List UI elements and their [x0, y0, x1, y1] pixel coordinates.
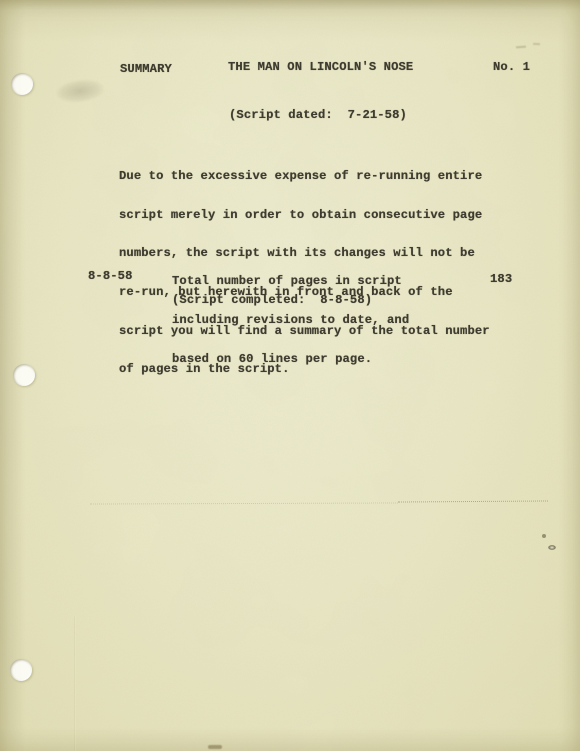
paragraph-line: script merely in order to obtain consecu… — [119, 209, 490, 222]
erased-pencil-mark — [516, 46, 526, 49]
ink-speck — [542, 534, 546, 538]
summary-label: SUMMARY — [120, 63, 172, 76]
document-number: No. 1 — [493, 61, 530, 74]
ink-speck-ring — [548, 545, 556, 550]
bottom-edge-mark — [208, 745, 222, 749]
vertical-fold-crease — [74, 616, 76, 751]
crease-line-faint — [90, 502, 398, 504]
scanned-document-page: SUMMARY THE MAN ON LINCOLN'S NOSE No. 1 … — [0, 0, 580, 751]
script-completed-line: (Script completed: 8-8-58) — [172, 294, 372, 307]
paragraph-line: Due to the excessive expense of re-runni… — [119, 170, 490, 183]
summary-entry-date: 8-8-58 — [88, 270, 132, 283]
crease-line-strong — [398, 500, 548, 502]
punch-hole-top — [11, 73, 33, 95]
punch-hole-middle — [13, 364, 35, 386]
document-title: THE MAN ON LINCOLN'S NOSE — [228, 61, 413, 74]
pencil-smudge — [55, 77, 105, 105]
summary-entry-page-count: 183 — [490, 273, 512, 286]
script-dated-line: (Script dated: 7-21-58) — [229, 109, 407, 122]
description-line: Total number of pages in script — [172, 275, 409, 288]
description-line: based on 60 lines per page. — [172, 353, 409, 366]
punch-hole-bottom — [10, 659, 32, 681]
description-line: including revisions to date, and — [172, 314, 409, 327]
erased-pencil-mark — [533, 43, 540, 45]
summary-entry-description: Total number of pages in script includin… — [172, 249, 409, 392]
